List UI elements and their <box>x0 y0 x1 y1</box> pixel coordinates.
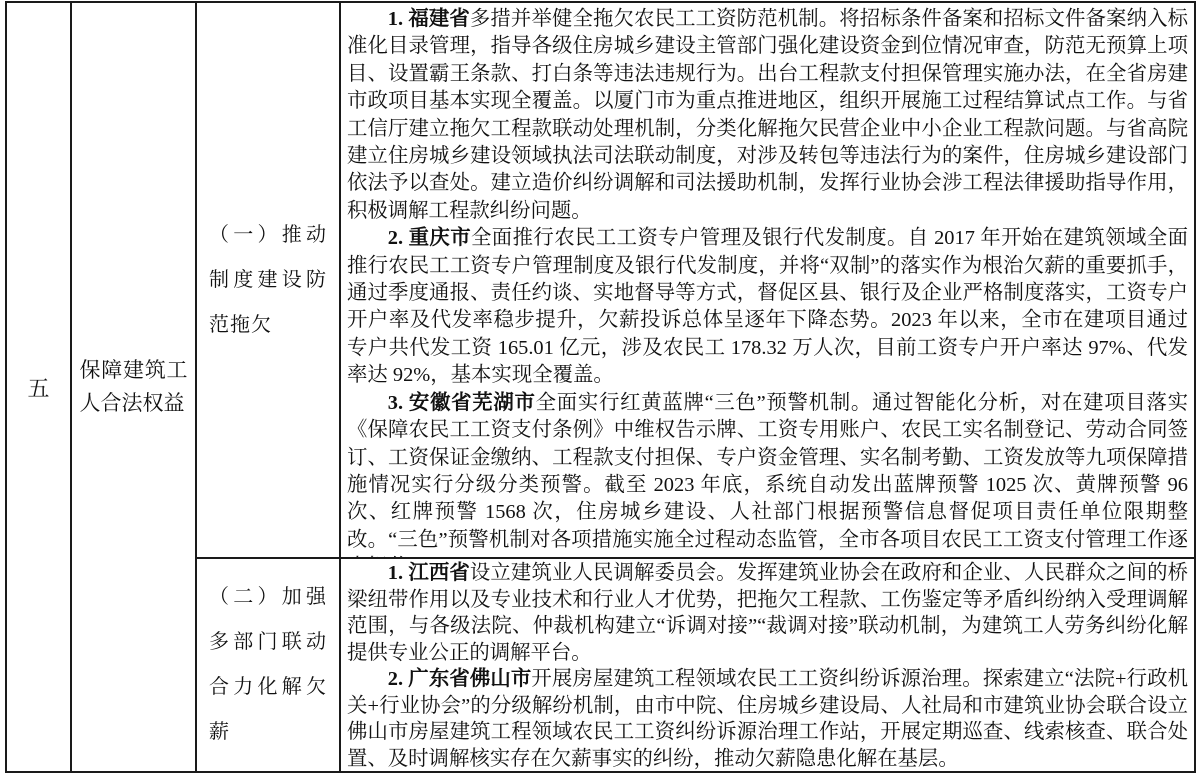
section-row-2: （二）加强多部门联动合力化解欠薪 1. 江西省设立建筑业人民调解委员会。发挥建筑… <box>197 559 1194 771</box>
paragraph-foshan: 2. 广东省佛山市开展房屋建筑工程领域农民工工资纠纷诉源治理。探索建立“法院+行… <box>347 666 1188 771</box>
paragraph-chongqing: 2. 重庆市全面推行农民工工资专户管理及银行代发制度。自 2017 年开始在建筑… <box>347 225 1188 389</box>
subsection-2-label-cell: （二）加强多部门联动合力化解欠薪 <box>197 559 341 771</box>
sections-block: （一）推动制度建设防范拖欠 1. 福建省多措并举健全拖欠农民工工资防范机制。将招… <box>197 3 1194 771</box>
paragraph-chongqing-body: 全面推行农民工工资专户管理及银行代发制度。自 2017 年开始在建筑领域全面推行… <box>347 227 1188 386</box>
category-cell: 保障建筑工人合法权益 <box>72 3 197 771</box>
paragraph-fujian: 1. 福建省多措并举健全拖欠农民工工资防范机制。将招标条件备案和招标文件备案纳入… <box>347 6 1188 225</box>
paragraph-jiangxi-body: 设立建筑业人民调解委员会。发挥建筑业协会在政府和企业、人民群众之间的桥梁纽带作用… <box>347 562 1188 664</box>
paragraph-jiangxi: 1. 江西省设立建筑业人民调解委员会。发挥建筑业协会在政府和企业、人民群众之间的… <box>347 560 1188 666</box>
paragraph-foshan-lead: 2. 广东省佛山市 <box>388 668 532 690</box>
category-label: 保障建筑工人合法权益 <box>80 354 188 420</box>
paragraph-fujian-body: 多措并举健全拖欠农民工工资防范机制。将招标条件备案和招标文件备案纳入标准化目录管… <box>347 8 1188 222</box>
subsection-1-label: （一）推动制度建设防范拖欠 <box>209 213 327 348</box>
section-row-1: （一）推动制度建设防范拖欠 1. 福建省多措并举健全拖欠农民工工资防范机制。将招… <box>197 3 1194 559</box>
paragraph-wuhu-lead: 3. 安徽省芜湖市 <box>388 392 536 414</box>
paragraph-jiangxi-lead: 1. 江西省 <box>388 562 470 584</box>
subsection-2-label: （二）加强多部门联动合力化解欠薪 <box>209 575 327 755</box>
policy-table: 五 保障建筑工人合法权益 （一）推动制度建设防范拖欠 1. 福建省多措并举健全拖… <box>5 1 1196 773</box>
paragraph-chongqing-lead: 2. 重庆市 <box>388 227 471 249</box>
row-number: 五 <box>27 372 49 403</box>
row-number-cell: 五 <box>7 3 72 771</box>
subsection-1-content-cell: 1. 福建省多措并举健全拖欠农民工工资防范机制。将招标条件备案和招标文件备案纳入… <box>341 3 1194 557</box>
paragraph-fujian-lead: 1. 福建省 <box>388 8 470 30</box>
subsection-1-label-cell: （一）推动制度建设防范拖欠 <box>197 3 341 557</box>
paragraph-wuhu: 3. 安徽省芜湖市全面实行红黄蓝牌“三色”预警机制。通过智能化分析，对在建项目落… <box>347 390 1188 557</box>
subsection-2-content-cell: 1. 江西省设立建筑业人民调解委员会。发挥建筑业协会在政府和企业、人民群众之间的… <box>341 559 1194 771</box>
paragraph-wuhu-body: 全面实行红黄蓝牌“三色”预警机制。通过智能化分析，对在建项目落实《保障农民工工资… <box>347 392 1188 557</box>
